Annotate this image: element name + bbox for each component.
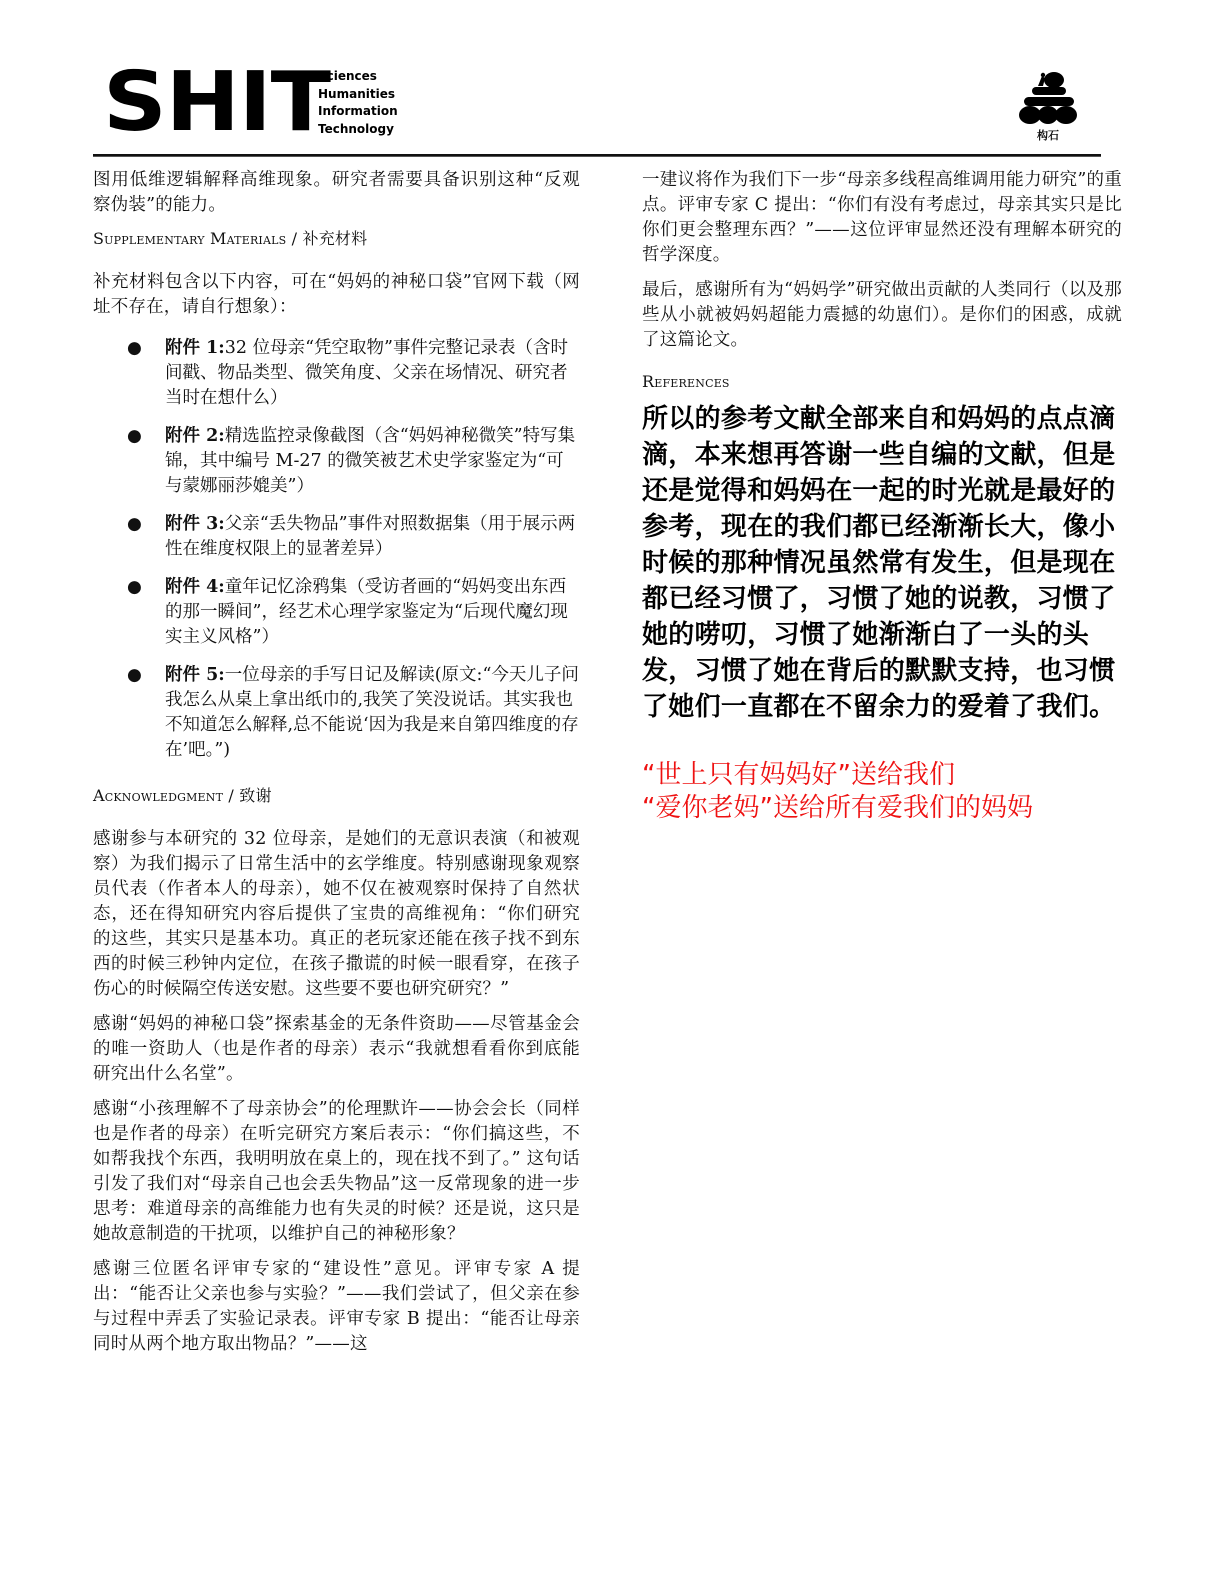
bullet-icon: ● bbox=[127, 575, 142, 600]
list-item: ●附件 2:精选监控录像截图（含“妈妈神秘微笑”特写集锦，其中编号 M-27 的… bbox=[93, 424, 580, 499]
attachment-label: 附件 5: bbox=[165, 665, 225, 685]
stacked-stones-icon bbox=[1016, 70, 1080, 126]
acknowledgment-paragraph: 感谢“妈妈的神秘口袋”探索基金的无条件资助——尽管基金会的唯一资助人（也是作者的… bbox=[93, 1012, 580, 1087]
supplementary-intro: 补充材料包含以下内容，可在“妈妈的神秘口袋”官网下载（网址不存在，请自行想象）： bbox=[93, 270, 580, 320]
attachment-text: 童年记忆涂鸦集（受访者画的“妈妈变出东西的那一瞬间”，经艺术心理学家鉴定为“后现… bbox=[165, 577, 568, 647]
acknowledgment-paragraph: 感谢参与本研究的 32 位母亲，是她们的无意识表演（和被观察）为我们揭示了日常生… bbox=[93, 827, 580, 1002]
acknowledgment-heading: Acknowledgment / 致谢 bbox=[93, 785, 580, 807]
attachment-text: 精选监控录像截图（含“妈妈神秘微笑”特写集锦，其中编号 M-27 的微笑被艺术史… bbox=[165, 426, 575, 496]
brand-mark: 构石 bbox=[1013, 70, 1083, 143]
list-item: ●附件 4:童年记忆涂鸦集（受访者画的“妈妈变出东西的那一瞬间”，经艺术心理学家… bbox=[93, 575, 580, 650]
dedication-line: “爱你老妈”送给所有爱我们的妈妈 bbox=[642, 792, 1122, 825]
references-body: 所以的参考文献全部来自和妈妈的点点滴滴，本来想再答谢一些自编的文献，但是还是觉得… bbox=[642, 401, 1122, 725]
attachment-label: 附件 1: bbox=[165, 338, 225, 358]
logo-line-sciences: Sciences bbox=[318, 68, 398, 86]
references-heading: References bbox=[642, 371, 1122, 393]
dedication: “世上只有妈妈好”送给我们 “爱你老妈”送给所有爱我们的妈妈 bbox=[642, 759, 1122, 825]
supplementary-heading: Supplementary Materials / 补充材料 bbox=[93, 228, 580, 250]
left-column: 图用低维逻辑解释高维现象。研究者需要具备识别这种“反观察伪装”的能力。 Supp… bbox=[93, 168, 580, 1367]
bullet-icon: ● bbox=[127, 424, 142, 449]
journal-logo-subtitle: Sciences Humanities Information Technolo… bbox=[318, 68, 398, 138]
continued-paragraph: 一建议将作为我们下一步“母亲多线程高维调用能力研究”的重点。评审专家 C 提出：… bbox=[642, 168, 1122, 268]
logo-line-information: Information bbox=[318, 103, 398, 121]
bullet-icon: ● bbox=[127, 512, 142, 537]
attachment-text: 一位母亲的手写日记及解读(原文:“今天儿子问我怎么从桌上拿出纸巾的,我笑了笑没说… bbox=[165, 665, 579, 760]
brand-label: 构石 bbox=[1013, 127, 1083, 143]
dedication-line: “世上只有妈妈好”送给我们 bbox=[642, 759, 1122, 792]
attachment-text: 32 位母亲“凭空取物”事件完整记录表（含时间戳、物品类型、微笑角度、父亲在场情… bbox=[165, 338, 568, 408]
bullet-icon: ● bbox=[127, 336, 142, 361]
list-item: ●附件 5:一位母亲的手写日记及解读(原文:“今天儿子问我怎么从桌上拿出纸巾的,… bbox=[93, 663, 580, 763]
intro-paragraph: 图用低维逻辑解释高维现象。研究者需要具备识别这种“反观察伪装”的能力。 bbox=[93, 168, 580, 218]
attachment-label: 附件 2: bbox=[165, 426, 225, 446]
attachment-label: 附件 4: bbox=[165, 577, 225, 597]
attachments-list: ●附件 1:32 位母亲“凭空取物”事件完整记录表（含时间戳、物品类型、微笑角度… bbox=[93, 336, 580, 763]
page-header: SHIT Sciences Humanities Information Tec… bbox=[93, 62, 1101, 156]
attachment-text: 父亲“丢失物品”事件对照数据集（用于展示两性在维度权限上的显著差异） bbox=[165, 514, 575, 559]
final-thanks-paragraph: 最后，感谢所有为“妈妈学”研究做出贡献的人类同行（以及那些从小就被妈妈超能力震撼… bbox=[642, 278, 1122, 353]
acknowledgment-paragraph: 感谢“小孩理解不了母亲协会”的伦理默许——协会会长（同样也是作者的母亲）在听完研… bbox=[93, 1097, 580, 1247]
journal-logo: SHIT bbox=[103, 62, 330, 144]
list-item: ●附件 3:父亲“丢失物品”事件对照数据集（用于展示两性在维度权限上的显著差异） bbox=[93, 512, 580, 562]
logo-line-humanities: Humanities bbox=[318, 86, 398, 104]
acknowledgment-paragraph: 感谢三位匿名评审专家的“建设性”意见。评审专家 A 提出：“能否让父亲也参与实验… bbox=[93, 1257, 580, 1357]
header-divider bbox=[93, 154, 1101, 157]
logo-line-technology: Technology bbox=[318, 121, 398, 139]
right-column: 一建议将作为我们下一步“母亲多线程高维调用能力研究”的重点。评审专家 C 提出：… bbox=[642, 168, 1122, 825]
list-item: ●附件 1:32 位母亲“凭空取物”事件完整记录表（含时间戳、物品类型、微笑角度… bbox=[93, 336, 580, 411]
bullet-icon: ● bbox=[127, 663, 142, 688]
attachment-label: 附件 3: bbox=[165, 514, 225, 534]
